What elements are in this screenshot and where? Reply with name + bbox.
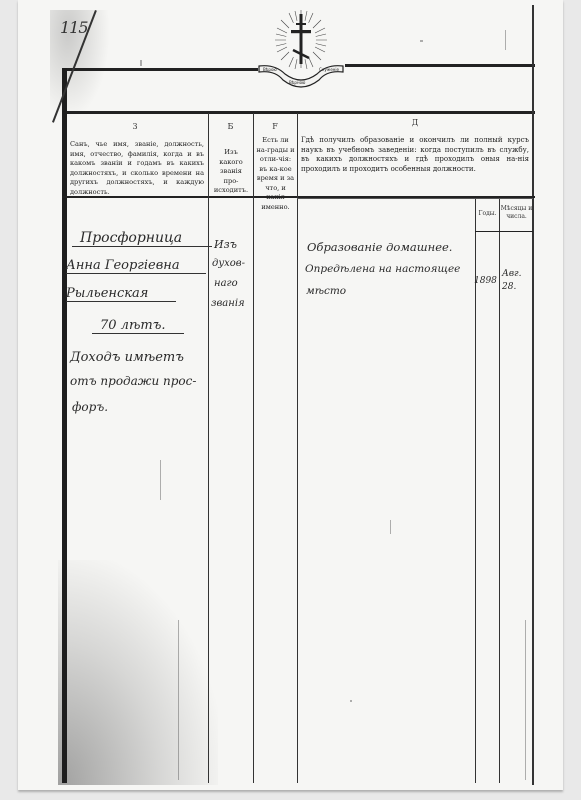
ribbon-text-left: Вѣрою: [263, 67, 277, 72]
entry-year: 1898: [474, 276, 497, 286]
column-divider-2: [253, 113, 254, 783]
entry-education-1: Образованіе домашнее.: [307, 240, 452, 254]
entry-age: 70 лѣтъ.: [92, 318, 184, 334]
scan-speck: [420, 40, 423, 42]
subheader-top-rule: [297, 198, 533, 199]
subheader-month-day: Мѣсяцы и числа.: [500, 205, 533, 221]
scan-speck: [140, 60, 142, 66]
entry-income-line-3: форъ.: [72, 400, 108, 414]
entry-origin-2: духов-: [212, 258, 245, 269]
entry-origin-3: наго: [214, 278, 238, 289]
scan-shadow-bottom: [58, 560, 218, 785]
column-letter-2: Б: [208, 122, 253, 131]
subheader-rule: [475, 231, 533, 232]
column-header-education-service: Гдѣ получилъ образованіе и окончилъ ли п…: [301, 136, 529, 174]
column-divider-5: [499, 198, 500, 783]
orthodox-cross-emblem-icon: Вѣрою Вѣрною Служеніе: [255, 8, 347, 93]
column-header-name-rank: Санъ, чье имя, званіе, должность, имя, о…: [70, 140, 204, 197]
left-frame-border: [62, 68, 67, 783]
scan-speck: [390, 520, 391, 534]
ribbon-text-center: Вѣрною: [289, 80, 306, 85]
entry-origin-1: Изъ: [214, 238, 237, 251]
entry-first-patronymic: Анна Георгіевна: [66, 258, 206, 274]
scan-speck: [160, 460, 161, 500]
column-letter-1: 3: [62, 122, 208, 131]
column-divider-1: [208, 113, 209, 783]
column-header-awards: Есть ли на-грады и отли-чія: въ ка-кое в…: [256, 136, 295, 212]
entry-education-2: Опредѣлена на настоящее: [305, 263, 460, 275]
scan-speck: [350, 700, 352, 702]
scan-speck: [505, 30, 506, 50]
entry-month-day-1: Авг. 28.: [502, 268, 532, 294]
ribbon-text-right: Служеніе: [319, 67, 340, 72]
top-rule-right: [345, 64, 535, 67]
entry-title: Просфорница: [72, 230, 212, 247]
entry-education-3: мѣсто: [306, 285, 346, 297]
scan-speck: [178, 620, 179, 780]
column-divider-3: [297, 113, 298, 783]
entry-origin-4: званія: [211, 298, 245, 309]
folio-number: 115: [60, 18, 88, 37]
scan-speck: [525, 620, 526, 780]
column-letter-3: F: [253, 122, 297, 131]
entry-income-line-2: отъ продажи прос-: [70, 374, 196, 388]
column-letter-4: Д: [297, 118, 533, 127]
subheader-years: Годы.: [476, 210, 499, 218]
header-top-rule: [62, 111, 535, 114]
top-rule-left: [62, 68, 258, 71]
column-header-origin: Изъ какого званія про-исходитъ.: [212, 148, 250, 196]
entry-surname: Рыльенская: [66, 286, 176, 302]
entry-income-line-1: Доходъ имѣетъ: [70, 350, 184, 365]
